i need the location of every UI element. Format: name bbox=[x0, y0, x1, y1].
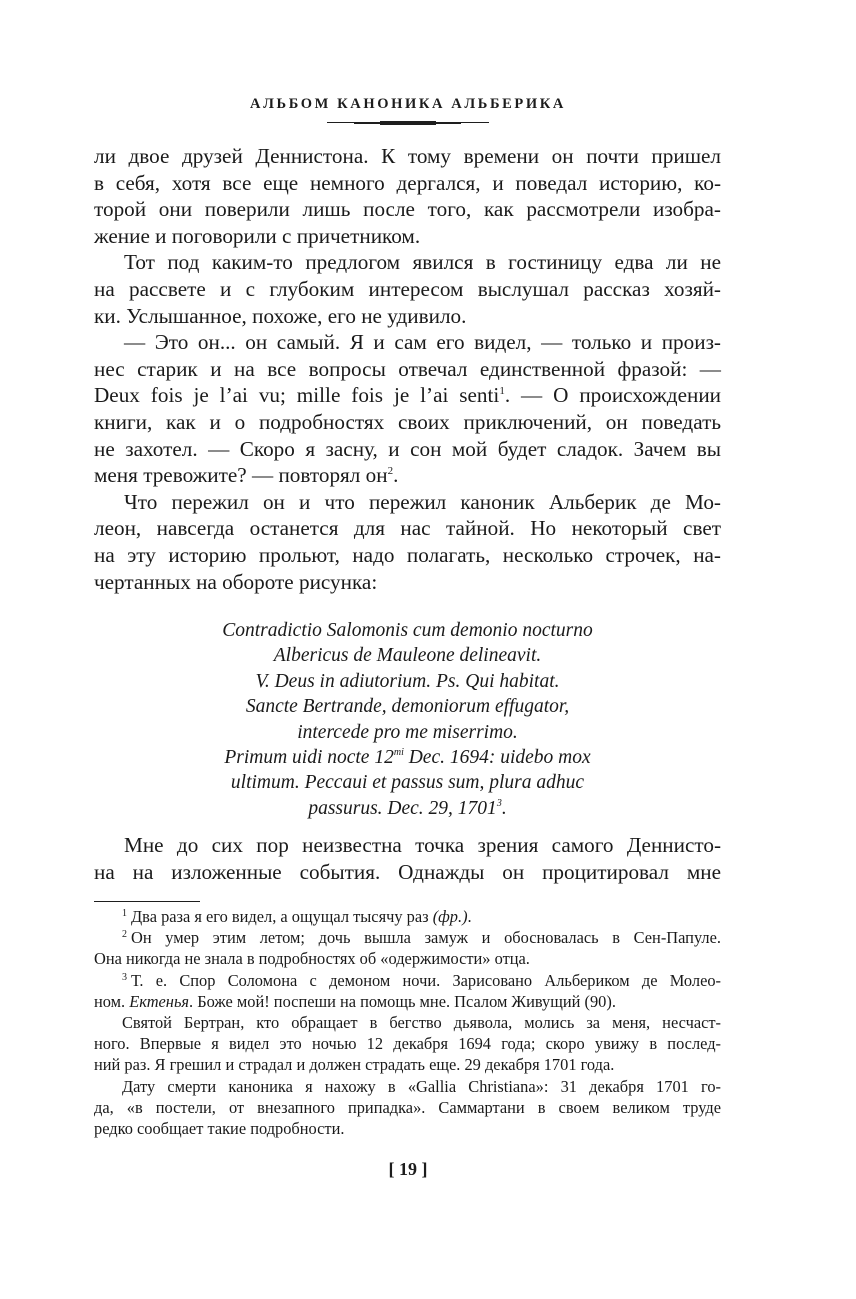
verse-line: intercede pro me miserrimo. bbox=[94, 720, 721, 745]
footnote-line: Она никогда не знала в подробностях об «… bbox=[94, 948, 721, 969]
footnote-line: редко сообщает такие подробности. bbox=[94, 1118, 721, 1139]
text-line: Тот под каким-то предлогом явился в гост… bbox=[94, 249, 721, 276]
verse-line: ultimum. Peccaui et passus sum, plura ad… bbox=[94, 770, 721, 795]
paragraph-4: Что пережил он и что пережил каноник Аль… bbox=[94, 489, 721, 595]
bracket-close: ] bbox=[422, 1159, 428, 1179]
paragraph-1: ли двое друзей Деннистона. К тому времен… bbox=[94, 143, 721, 249]
text-line: на эту историю прольют, надо полагать, н… bbox=[94, 542, 721, 569]
text-fragment: Два раза я его видел, а ощущал тысячу ра… bbox=[131, 907, 433, 926]
text-line: Deux fois je l’ai vu; mille fois je l’ai… bbox=[94, 382, 721, 409]
footnote-separator bbox=[94, 901, 200, 902]
text-line: на рассвете и с глубоким интересом выслу… bbox=[94, 276, 721, 303]
text-line: на на изложенные события. Однажды он про… bbox=[94, 859, 721, 886]
running-head: АЛЬБОМ КАНОНИКА АЛЬБЕРИКА bbox=[0, 96, 816, 113]
text-line: ли двое друзей Деннистона. К тому времен… bbox=[94, 143, 721, 170]
footnote-number: 1 bbox=[122, 908, 127, 919]
running-head-title: АЛЬБОМ КАНОНИКА АЛЬБЕРИКА bbox=[250, 96, 566, 112]
page-number: [ 19 ] bbox=[0, 1159, 816, 1180]
ornamental-rule bbox=[327, 119, 489, 127]
paragraph-2: Тот под каким-то предлогом явился в гост… bbox=[94, 249, 721, 329]
verse-line: Sancte Bertrande, demoniorum effugator, bbox=[94, 694, 721, 719]
text-line: книги, как и о подробностях своих приклю… bbox=[94, 409, 721, 436]
footnote-2: 2Он умер этим летом; дочь вышла замуж и … bbox=[94, 927, 721, 948]
text-fragment: ном. bbox=[94, 992, 129, 1011]
italic-abbrev: (фр.) bbox=[433, 907, 468, 926]
footnote-line: ного. Впервые я видел это ночью 12 декаб… bbox=[94, 1033, 721, 1054]
verse-line: passurus. Dec. 29, 17013. bbox=[94, 796, 721, 821]
latin-inscription: Contradictio Salomonis cum demonio noctu… bbox=[94, 618, 721, 821]
text-fragment: Primum uidi nocte 12 bbox=[224, 747, 394, 768]
text-line: Что пережил он и что пережил каноник Аль… bbox=[94, 489, 721, 516]
french-quote: Deux fois je l’ai vu; mille fois je l’ai… bbox=[94, 383, 499, 407]
footnote-line: ний раз. Я грешил и страдал и должен стр… bbox=[94, 1054, 721, 1075]
page-number-value: 19 bbox=[399, 1159, 417, 1179]
text-line: меня тревожите? — повторял он2. bbox=[94, 462, 721, 489]
footnote-3: 3Т. е. Спор Соломона с демоном ночи. Зар… bbox=[94, 970, 721, 991]
text-line: в себя, хотя все еще немного дергался, и… bbox=[94, 170, 721, 197]
ornament-thick-line bbox=[380, 121, 436, 125]
text-fragment: . Боже мой! поспеши на помощь мне. Псало… bbox=[189, 992, 616, 1011]
paragraph-5: Мне до сих пор неизвестна точка зрения с… bbox=[94, 832, 721, 885]
text-fragment: . bbox=[393, 463, 398, 487]
verse-line: Albericus de Mauleone delineavit. bbox=[94, 643, 721, 668]
footnote-line: Святой Бертран, кто обращает в бегство д… bbox=[94, 1012, 721, 1033]
text-line: нес старик и на все вопросы отвечал един… bbox=[94, 356, 721, 383]
text-line: Мне до сих пор неизвестна точка зрения с… bbox=[94, 832, 721, 859]
text-line: торой они поверили лишь после того, как … bbox=[94, 196, 721, 223]
text-line: не захотел. — Скоро я засну, и сон мой б… bbox=[94, 436, 721, 463]
text-line: леон, навсегда останется для нас тайной.… bbox=[94, 515, 721, 542]
paragraph-3: — Это он... он самый. Я и сам его видел,… bbox=[94, 329, 721, 489]
text-line: чертанных на обороте рисунка: bbox=[94, 569, 721, 596]
footnote-line: Дату смерти каноника я нахожу в «Gallia … bbox=[94, 1076, 721, 1097]
footnote-1: 1Два раза я его видел, а ощущал тысячу р… bbox=[94, 906, 721, 927]
ordinal-superscript: mi bbox=[394, 747, 404, 758]
text-fragment: . — О происхождении bbox=[505, 383, 721, 407]
footnote-number: 2 bbox=[122, 929, 127, 940]
main-text-continued: Мне до сих пор неизвестна точка зрения с… bbox=[94, 832, 721, 885]
main-text: ли двое друзей Деннистона. К тому времен… bbox=[94, 143, 721, 595]
verse-line: Primum uidi nocte 12mi Dec. 1694: uidebo… bbox=[94, 745, 721, 770]
text-line: жение и поговорили с причетником. bbox=[94, 223, 721, 250]
italic-term: Ектенья bbox=[129, 992, 189, 1011]
text-fragment: меня тревожите? — повторял он bbox=[94, 463, 388, 487]
text-fragment: Dec. 1694: uidebo mox bbox=[404, 747, 591, 768]
text-fragment: Он умер этим летом; дочь вышла замуж и о… bbox=[131, 928, 721, 947]
verse-line: V. Deus in adiutorium. Ps. Qui habitat. bbox=[94, 669, 721, 694]
footnote-line: да, «в постели, от внезапного припадка».… bbox=[94, 1097, 721, 1118]
footnote-number: 3 bbox=[122, 972, 127, 983]
bracket-open: [ bbox=[389, 1159, 395, 1179]
footnote-line: ном. Ектенья. Боже мой! поспеши на помощ… bbox=[94, 991, 721, 1012]
text-fragment: . bbox=[468, 907, 472, 926]
text-fragment: . bbox=[502, 798, 507, 819]
verse-line: Contradictio Salomonis cum demonio noctu… bbox=[94, 618, 721, 643]
text-line: — Это он... он самый. Я и сам его видел,… bbox=[94, 329, 721, 356]
text-fragment: Т. е. Спор Соломона с демоном ночи. Зари… bbox=[131, 971, 721, 990]
text-fragment: passurus. Dec. 29, 1701 bbox=[308, 798, 497, 819]
footnotes: 1Два раза я его видел, а ощущал тысячу р… bbox=[94, 906, 721, 1139]
text-line: ки. Услышанное, похоже, его не удивило. bbox=[94, 303, 721, 330]
